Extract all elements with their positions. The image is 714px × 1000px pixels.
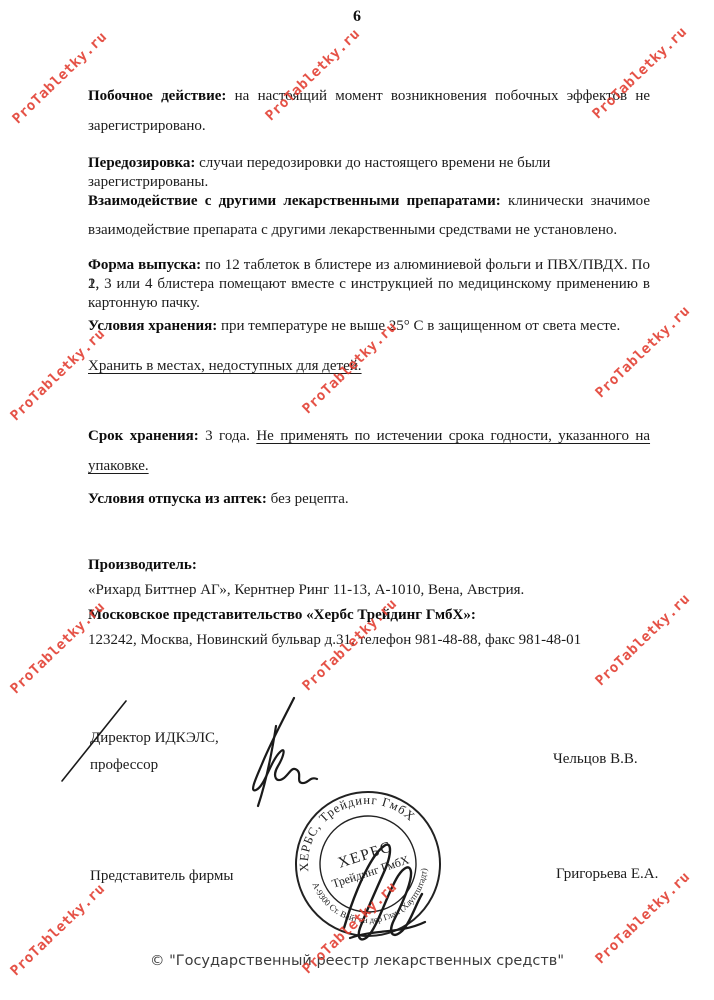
watermark-text: ProTabletky.ru: [9, 29, 110, 127]
storage-text: при температуре не выше 25° С в защищенн…: [221, 318, 620, 334]
shelf-life-normal: 3 года.: [205, 428, 250, 444]
watermark-text: ProTabletky.ru: [589, 24, 690, 122]
keep-away-text: Хранить в местах, недоступных для детей.: [88, 358, 362, 374]
pen-slash-mark: [58, 697, 133, 787]
shelf-life-line1: Срок хранения: 3 года. Не применять по и…: [88, 427, 650, 446]
page-number: 6: [0, 8, 714, 26]
release-form-line3: картонную пачку.: [88, 294, 650, 313]
side-effects-label: Побочное действие:: [88, 88, 226, 104]
watermark-text: ProTabletky.ru: [262, 26, 363, 124]
representative-name: Григорьева Е.А.: [556, 866, 658, 883]
shelf-life-underlined1: Не применять по истечении срока годности…: [256, 428, 650, 444]
shelf-life-label: Срок хранения:: [88, 428, 199, 444]
manufacturer-address: «Рихард Биттнер АГ», Кернтнер Ринг 11-13…: [88, 581, 650, 600]
shelf-life-underlined2: упаковке.: [88, 458, 149, 474]
interaction-label: Взаимодействие с другими лекарственными …: [88, 193, 501, 209]
side-effects-line2: зарегистрировано.: [88, 117, 650, 136]
interaction-line1: Взаимодействие с другими лекарственными …: [88, 192, 650, 211]
overdose-label: Передозировка:: [88, 155, 195, 171]
representative-title: Представитель фирмы: [90, 868, 233, 885]
storage-line: Условия хранения: при температуре не выш…: [88, 317, 650, 336]
overdose-line: Передозировка: случаи передозировки до н…: [88, 154, 650, 192]
director-signature: [222, 692, 322, 810]
release-form-line2: 2, 3 или 4 блистера помещают вместе с ин…: [88, 275, 650, 294]
document-page: ProTabletky.ru ProTabletky.ru ProTabletk…: [0, 0, 714, 1000]
dispensing-text: без рецепта.: [271, 491, 349, 507]
interaction-text1: клинически значимое: [508, 193, 650, 209]
director-name: Чельцов В.В.: [553, 751, 638, 768]
side-effects-line1: Побочное действие: на настоящий момент в…: [88, 87, 650, 106]
interaction-line2: взаимодействие препарата с другими лекар…: [88, 221, 650, 240]
shelf-life-line2: упаковке.: [88, 457, 650, 476]
storage-label: Условия хранения:: [88, 318, 217, 334]
dispensing-line: Условия отпуска из аптек: без рецепта.: [88, 490, 650, 509]
release-form-label: Форма выпуска:: [88, 257, 201, 273]
manufacturer-label: Производитель:: [88, 556, 650, 575]
dispensing-label: Условия отпуска из аптек:: [88, 491, 267, 507]
